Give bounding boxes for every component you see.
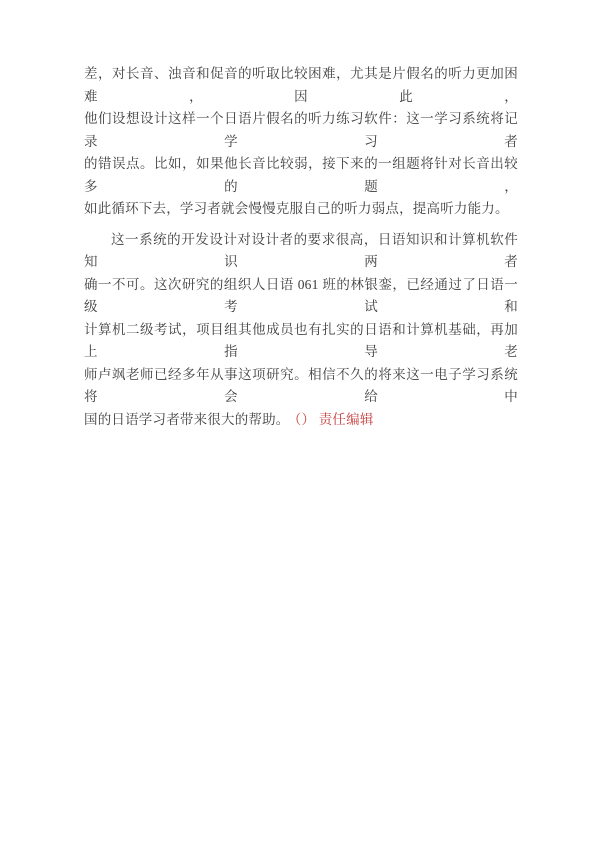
text-line: 他们设想设计这样一个日语片假名的听力练习软件：这一学习系统将记录学习者 [84,108,518,153]
text-line: 这一系统的开发设计对设计者的要求很高，日语知识和计算机软件知识两者 [84,229,518,274]
editor-note: （） 责任编辑 [295,412,374,427]
text-line: 如此循环下去，学习者就会慢慢克服自己的听力弱点，提高听力能力。 [84,198,518,221]
document-page: 差，对长音、浊音和促音的听取比较困难，尤其是片假名的听力更加困难，因此， 他们设… [0,0,600,848]
text-line: 确一不可。这次研究的组织人日语 061 班的林银銮，已经通过了日语一级考试和 [84,274,518,319]
article-body: 差，对长音、浊音和促音的听取比较困难，尤其是片假名的听力更加困难，因此， 他们设… [84,63,518,431]
text-line: 国的日语学习者带来很大的帮助。（） 责任编辑 [84,409,518,432]
text-line: 的错误点。比如，如果他长音比较弱，接下来的一组题将针对长音出较多的题， [84,153,518,198]
paragraph-1: 差，对长音、浊音和促音的听取比较困难，尤其是片假名的听力更加困难，因此， 他们设… [84,63,518,221]
text-line: 计算机二级考试，项目组其他成员也有扎实的日语和计算机基础，再加上指导老 [84,319,518,364]
paragraph-end-text: 国的日语学习者带来很大的帮助。 [84,412,290,427]
text-line: 师卢飒老师已经多年从事这项研究。相信不久的将来这一电子学习系统将会给中 [84,364,518,409]
text-line: 差，对长音、浊音和促音的听取比较困难，尤其是片假名的听力更加困难，因此， [84,63,518,108]
paragraph-2: 这一系统的开发设计对设计者的要求很高，日语知识和计算机软件知识两者 确一不可。这… [84,229,518,432]
